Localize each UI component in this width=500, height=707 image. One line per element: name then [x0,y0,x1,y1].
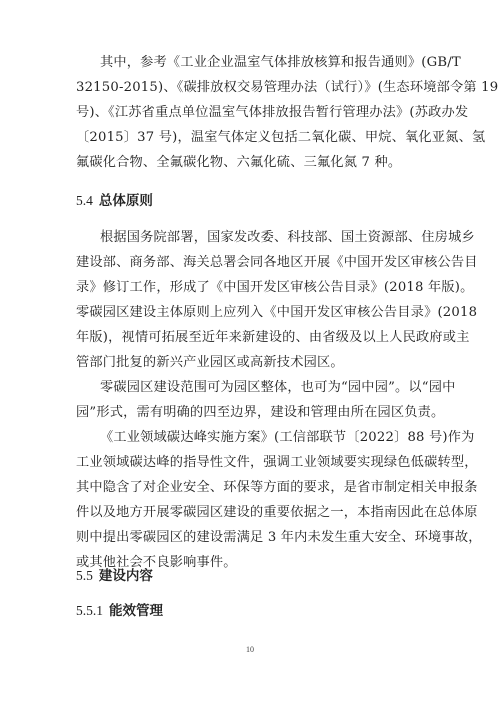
section-number: 5.5.1 [76,603,103,618]
text-line: 件以及地方开展零碳园区建设的重要依据之一，本指南因此在总体原 [76,505,424,521]
text-line: 录》修订工作，形成了《中国开发区审核公告目录》(2018 年版)。 [76,280,424,296]
section-title: 总体原则 [99,193,153,209]
section-title: 能效管理 [109,603,163,619]
document-page: 其中，参考《工业企业温室气体排放核算和报告通则》(GB/T 32150-2015… [0,0,500,707]
text-line: 零碳园区建设范围可为园区整体，也可为“园中园”。以“园中 [100,380,424,396]
text-line: 工业领域碳达峰的指导性文件，强调工业领域要实现绿色低碳转型， [76,455,424,471]
text-line: 其中，参考《工业企业温室气体排放核算和报告通则》(GB/T [100,55,424,71]
text-line: 年版)，视情可拓展至近年来新建设的、由省级及以上人民政府或主 [76,330,424,346]
section-heading-5-4: 5.4总体原则 [76,193,153,209]
text-line: 管部门批复的新兴产业园区或高新技术园区。 [76,355,424,371]
section-heading-5-5-1: 5.5.1能效管理 [76,603,163,619]
text-line: 零碳园区建设主体原则上应列入《中国开发区审核公告目录》(2018 [76,305,424,321]
text-line: 氟碳化合物、全氟碳化物、六氟化硫、三氟化氮 7 种。 [76,155,424,171]
text-line: 其中隐含了对企业安全、环保等方面的要求，是省市制定相关申报条 [76,480,424,496]
text-line: 建设部、商务部、海关总署会同各地区开展《中国开发区审核公告目 [76,255,424,271]
section-title: 建设内容 [99,568,153,584]
section-heading-5-5: 5.5建设内容 [76,568,153,584]
text-line: 《工业领域碳达峰实施方案》(工信部联节〔2022〕88 号)作为 [100,430,424,446]
text-line: 根据国务院部署，国家发改委、科技部、国土资源部、住房城乡 [100,230,424,246]
page-number: 10 [0,645,500,654]
text-line: 〔2015〕37 号)，温室气体定义包括二氧化碳、甲烷、氧化亚氮、氢 [76,130,424,146]
section-number: 5.5 [76,568,93,583]
section-number: 5.4 [76,193,93,208]
text-line: 号)、《江苏省重点单位温室气体排放报告暂行管理办法》(苏政办发 [76,105,424,121]
text-line: 园”形式，需有明确的四至边界，建设和管理由所在园区负责。 [76,405,424,421]
text-line: 32150-2015)、《碳排放权交易管理办法（试行）》(生态环境部令第 19 [76,80,424,96]
text-line: 则中提出零碳园区的建设需满足 3 年内未发生重大安全、环境事故， [76,530,424,546]
